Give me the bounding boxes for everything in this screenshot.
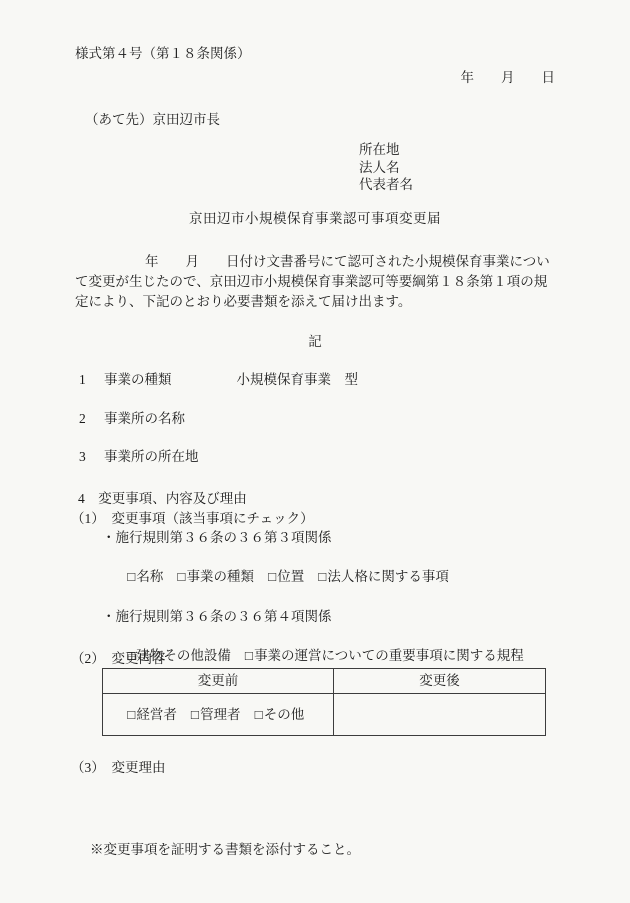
item-number: 3 xyxy=(79,447,104,467)
item-label: 事業所の名称 xyxy=(104,411,185,426)
document-page: 様式第４号（第１８条関係） 年 月 日 （あて先）京田辺市長 所在地 法人名 代… xyxy=(0,0,630,903)
sender-corporation-label: 法人名 xyxy=(359,159,413,177)
checkbox-label: 事業の運営についての重要事項に関する規程 xyxy=(254,648,524,663)
cell-after-input[interactable] xyxy=(334,694,546,736)
rule36-3-checkbox-row: □名称□事業の種類□位置□法人格に関する事項 xyxy=(71,548,538,607)
checkbox-icon: □ xyxy=(245,648,253,663)
sender-block: 所在地 法人名 代表者名 xyxy=(359,141,413,194)
checkbox-label: 名称 xyxy=(136,569,163,584)
sub2-change-content-heading: （2） 変更内容 xyxy=(71,649,166,669)
rule36-3-heading: ・施行規則第３６条の３６第３項関係 xyxy=(71,528,538,548)
item-office-name: 2事業所の名称 xyxy=(79,409,185,429)
change-table-header-row: 変更前 変更後 xyxy=(103,669,546,694)
checkbox-location[interactable]: □位置 xyxy=(268,569,304,584)
section4-sub1-heading: （1） 変更事項（該当事項にチェック） xyxy=(71,509,538,529)
body-line-2: て変更が生じたので、京田辺市小規模保育事業認可等要綱第１８条第１項の規 xyxy=(75,272,559,292)
sender-address-label: 所在地 xyxy=(359,141,413,159)
checkbox-operation-rules[interactable]: □事業の運営についての重要事項に関する規程 xyxy=(245,648,524,663)
checkbox-corporate-status[interactable]: □法人格に関する事項 xyxy=(318,569,449,584)
col-header-after: 変更後 xyxy=(334,669,546,694)
sub3-change-reason-heading: （3） 変更理由 xyxy=(71,758,166,778)
cell-before-input[interactable] xyxy=(103,694,334,736)
checkbox-label: 位置 xyxy=(277,569,304,584)
col-header-before: 変更前 xyxy=(103,669,334,694)
item-office-address: 3事業所の所在地 xyxy=(79,447,199,467)
item-label: 事業所の所在地 xyxy=(104,449,199,464)
ki-heading: 記 xyxy=(0,332,630,352)
attachment-note: ※変更事項を証明する書類を添付すること。 xyxy=(90,840,360,860)
body-line-1: 年 月 日付け文書番号にて認可された小規模保育事業につい xyxy=(75,252,559,272)
checkbox-icon: □ xyxy=(127,569,135,584)
item-value: 小規模保育事業 型 xyxy=(237,372,359,387)
checkbox-business-type[interactable]: □事業の種類 xyxy=(177,569,254,584)
form-number: 様式第４号（第１８条関係） xyxy=(75,44,251,64)
section4-heading: 4 変更事項、内容及び理由 xyxy=(71,489,538,509)
sender-representative-label: 代表者名 xyxy=(359,176,413,194)
checkbox-icon: □ xyxy=(318,569,326,584)
date-line: 年 月 日 xyxy=(461,68,556,88)
checkbox-icon: □ xyxy=(268,569,276,584)
item-number: 1 xyxy=(79,370,104,390)
rule36-4-heading: ・施行規則第３６条の３６第４項関係 xyxy=(71,607,538,627)
body-paragraph: 年 月 日付け文書番号にて認可された小規模保育事業につい て変更が生じたので、京… xyxy=(75,252,559,312)
body-line-3: 定により、下記のとおり必要書類を添えて届け出ます。 xyxy=(75,292,559,312)
checkbox-name[interactable]: □名称 xyxy=(127,569,163,584)
checkbox-label: 法人格に関する事項 xyxy=(327,569,449,584)
checkbox-label: 事業の種類 xyxy=(187,569,255,584)
change-table: 変更前 変更後 xyxy=(102,668,546,736)
item-number: 2 xyxy=(79,409,104,429)
change-table-input-row xyxy=(103,694,546,736)
document-title: 京田辺市小規模保育事業認可事項変更届 xyxy=(0,209,630,229)
item-business-type: 1事業の種類小規模保育事業 型 xyxy=(79,370,358,390)
checkbox-icon: □ xyxy=(177,569,185,584)
item-label: 事業の種類 xyxy=(104,372,172,387)
addressee: （あて先）京田辺市長 xyxy=(85,110,220,130)
